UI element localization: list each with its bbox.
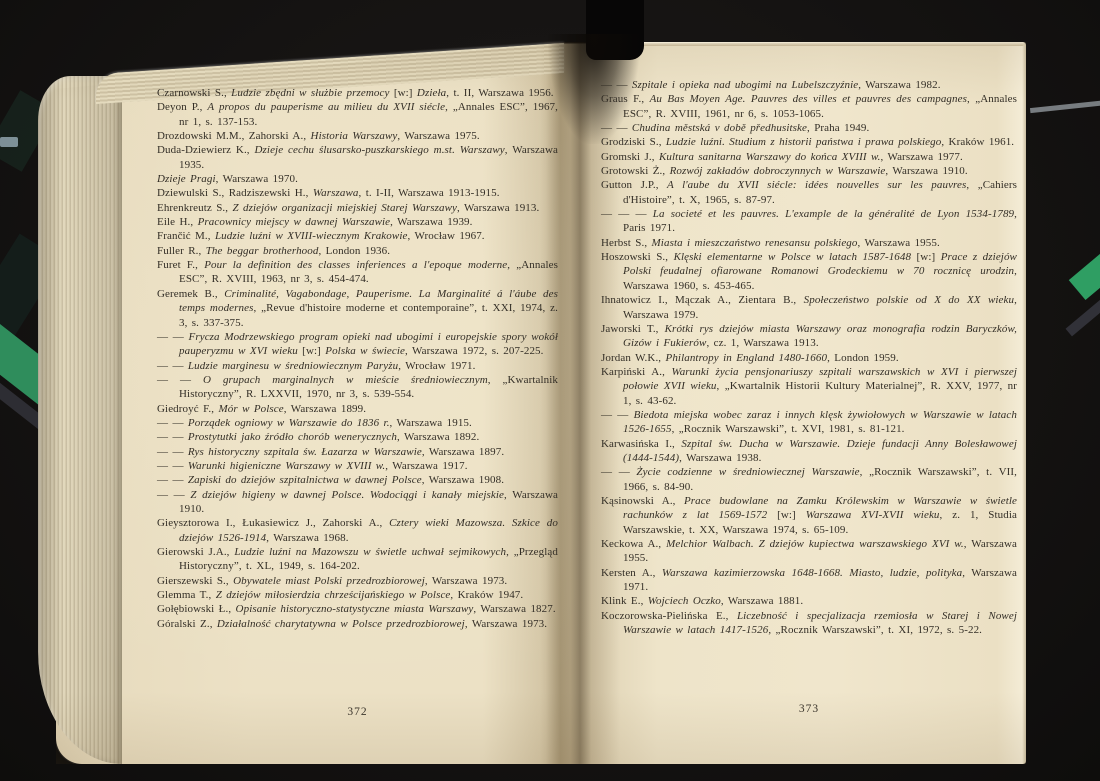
book-photo-scene: Czarnowski S., Ludzie zbędni w służbie p… [0,0,1100,781]
bibliography-entry: Deyon P., A propos du pauperisme au mili… [157,100,558,129]
bibliography-entry: — — Biedota miejska wobec zaraz i innych… [601,408,1017,437]
right-page-entries: — — Szpitale i opieka nad ubogimi na Lub… [601,78,1017,637]
bibliography-entry: Kąsinowski A., Prace budowlane na Zamku … [601,494,1017,537]
bibliography-entry: — — Warunki higieniczne Warszawy w XVIII… [157,459,558,473]
bibliography-entry: Fuller R., The beggar brotherhood, Londo… [157,244,558,258]
bibliography-entry: Keckowa A., Melchior Walbach. Z dziejów … [601,537,1017,566]
bibliography-entry: Gromski J., Kultura sanitarna Warszawy d… [601,150,1017,164]
bibliography-entry: Drozdowski M.M., Zahorski A., Historia W… [157,129,558,143]
bibliography-entry: Eile H., Pracownicy miejscy w dawnej War… [157,215,558,229]
bibliography-entry: Graus F., Au Bas Moyen Age. Pauvres des … [601,92,1017,121]
bibliography-entry: Jordan W.K., Philantropy in England 1480… [601,351,1017,365]
bibliography-entry: Dzieje Pragi, Warszawa 1970. [157,172,558,186]
bibliography-entry: Frančić M., Ludzie luźni w XVIII-wieczny… [157,229,558,243]
right-page-top-edge [600,42,1024,46]
left-page-entries: Czarnowski S., Ludzie zbędni w służbie p… [157,86,558,631]
bibliography-entry: Jaworski T., Krótki rys dziejów miasta W… [601,322,1017,351]
bibliography-entry: Gierszewski S., Obywatele miast Polski p… [157,574,558,588]
bibliography-entry: Grodziski S., Ludzie luźni. Studium z hi… [601,135,1017,149]
bibliography-entry: — — Życie codzienne w średniowiecznej Wa… [601,465,1017,494]
bibliography-entry: — — Z dziejów higieny w dawnej Polsce. W… [157,488,558,517]
bibliography-entry: Koczorowska-Pielińska E., Liczebność i s… [601,609,1017,638]
bibliography-entry: — — Ludzie marginesu w średniowiecznym P… [157,359,558,373]
bibliography-entry: — — Rys historyczny szpitala św. Łazarza… [157,445,558,459]
bibliography-entry: Hoszowski S., Klęski elementarne w Polsc… [601,250,1017,293]
page-stack-fore-edge [38,76,122,764]
bibliography-entry: — — Chudina městská v době předhusitske,… [601,121,1017,135]
blue-stripe-left-edge [0,137,18,147]
green-stripe-right-edge [1069,230,1100,300]
bibliography-entry: Giedroyć F., Mór w Polsce, Warszawa 1899… [157,402,558,416]
bibliography-entry: Herbst S., Miasta i mieszczaństwo renesa… [601,236,1017,250]
bibliography-entry: Ihnatowicz I., Mączak A., Zientara B., S… [601,293,1017,322]
bibliography-entry: — — O grupach marginalnych w mieście śre… [157,373,558,402]
bibliography-entry: Gieysztorowa I., Łukasiewicz J., Zahorsk… [157,516,558,545]
gray-line-right-edge [1030,100,1100,113]
bibliography-entry: Kersten A., Warszawa kazimierzowska 1648… [601,566,1017,595]
bibliography-entry: — — Prostytutki jako źródło chorób wener… [157,430,558,444]
bibliography-entry: Duda-Dziewierz K., Dzieje cechu ślusarsk… [157,143,558,172]
bibliography-entry: Dziewulski S., Radziszewski H., Warszawa… [157,186,558,200]
bibliography-entry: — — Szpitale i opieka nad ubogimi na Lub… [601,78,1017,92]
book-spine-head [586,0,644,60]
bibliography-entry: Klink E., Wojciech Oczko, Warszawa 1881. [601,594,1017,608]
bibliography-entry: Gołębiowski Ł., Opisanie historyczno-sta… [157,602,558,616]
bibliography-entry: — — — La societé et les pauvres. L'examp… [601,207,1017,236]
page-number-right: 373 [601,703,1017,715]
bibliography-entry: — — Zapiski do dziejów szpitalnictwa w d… [157,473,558,487]
bibliography-entry: Karwasińska I., Szpital św. Ducha w Wars… [601,437,1017,466]
bibliography-entry: Geremek B., Criminalité, Vagabondage, Pa… [157,287,558,330]
bibliography-entry: Grotowski Ż., Rozwój zakładów dobroczynn… [601,164,1017,178]
bibliography-entry: Gierowski J.A., Ludzie luźni na Mazowszu… [157,545,558,574]
bibliography-entry: Furet F., Pour la definition des classes… [157,258,558,287]
bibliography-entry: — — Porządek ogniowy w Warszawie do 1836… [157,416,558,430]
bibliography-entry: Gutton J.P., A l'aube du XVII siécle: id… [601,178,1017,207]
bibliography-entry: Ehrenkreutz S., Z dziejów organizacji mi… [157,201,558,215]
bibliography-entry: Góralski Z., Działalność charytatywna w … [157,617,558,631]
bibliography-entry: Czarnowski S., Ludzie zbędni w służbie p… [157,86,558,100]
bibliography-entry: Karpiński A., Warunki życia pensjonarius… [601,365,1017,408]
bibliography-entry: — — Frycza Modrzewskiego program opieki … [157,330,558,359]
bibliography-entry: Glemma T., Z dziejów miłosierdzia chrześ… [157,588,558,602]
page-number-left: 372 [157,706,558,718]
